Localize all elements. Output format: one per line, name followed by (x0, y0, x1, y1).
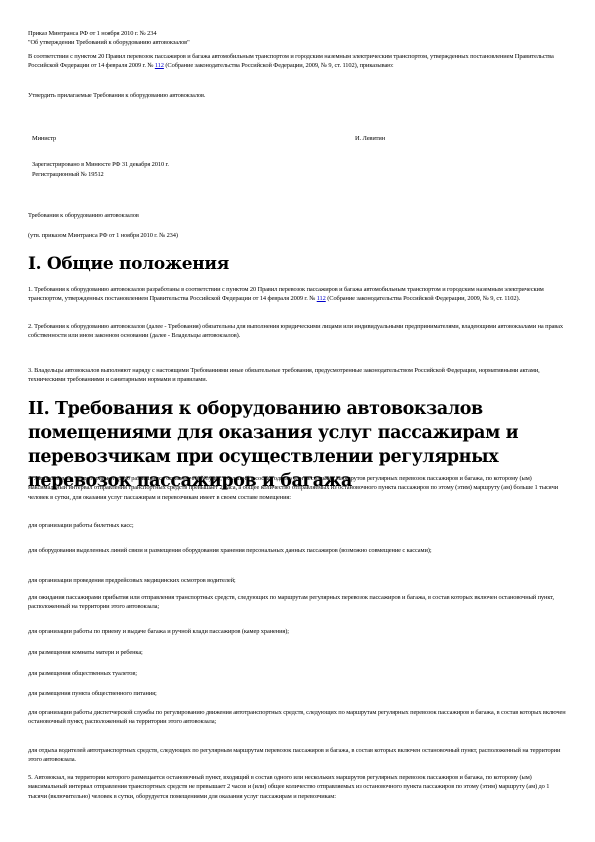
list-item: для размещения комнаты матери и ребенка; (28, 648, 568, 657)
registration-line2: Регистрационный № 19512 (32, 170, 432, 179)
registration-line1: Зарегистрировано в Минюсте РФ 31 декабря… (32, 160, 432, 169)
signature-position: Министр (32, 134, 56, 143)
section-1-paragraph-1: 1. Требования к оборудованию автовокзало… (28, 285, 568, 304)
list-item: для ожидания пассажирами прибытия или от… (28, 593, 568, 612)
approval-note: (утв. приказом Минтранса РФ от 1 ноября … (28, 231, 568, 240)
list-item: для отдыха водителей автотранспортных ср… (28, 746, 568, 765)
order-header-line2: "Об утверждении Требований к оборудовани… (28, 38, 568, 47)
order-statement: Утвердить прилагаемые Требования к обору… (28, 91, 568, 100)
section-2-paragraph-4: 4. Автовокзал, на территории которого ра… (28, 474, 568, 502)
document-title: Требования к оборудованию автовокзалов (28, 211, 568, 220)
section-2-paragraph-5: 5. Автовокзал, на территории которого ра… (28, 773, 568, 801)
document-link-112[interactable]: 112 (155, 62, 164, 69)
section-1-heading: I. Общие положения (28, 254, 229, 275)
list-item: для организации проведения предрейсовых … (28, 576, 568, 585)
order-header-line1: Приказ Минтранса РФ от 1 ноября 2010 г. … (28, 29, 568, 38)
document-link-112[interactable]: 112 (317, 295, 326, 302)
list-item: для организации работы билетных касс; (28, 521, 568, 530)
list-item: для организации работы диспетчерской слу… (28, 708, 568, 727)
list-item: для размещения общественных туалетов; (28, 669, 568, 678)
signature-name: И. Левитин (355, 134, 385, 143)
list-item: для размещения пункта общественного пита… (28, 689, 568, 698)
list-item: для оборудования выделенных линий связи … (28, 546, 568, 555)
list-item: для организации работы по приему и выдач… (28, 627, 568, 636)
section-1-paragraph-2: 2. Требования к оборудованию автовокзало… (28, 322, 568, 341)
section-1-paragraph-3: 3. Владельцы автовокзалов выполняют наря… (28, 366, 568, 385)
document-page: Приказ Минтранса РФ от 1 ноября 2010 г. … (0, 0, 595, 842)
preamble-paragraph: В соответствии с пунктом 20 Правил перев… (28, 52, 568, 71)
